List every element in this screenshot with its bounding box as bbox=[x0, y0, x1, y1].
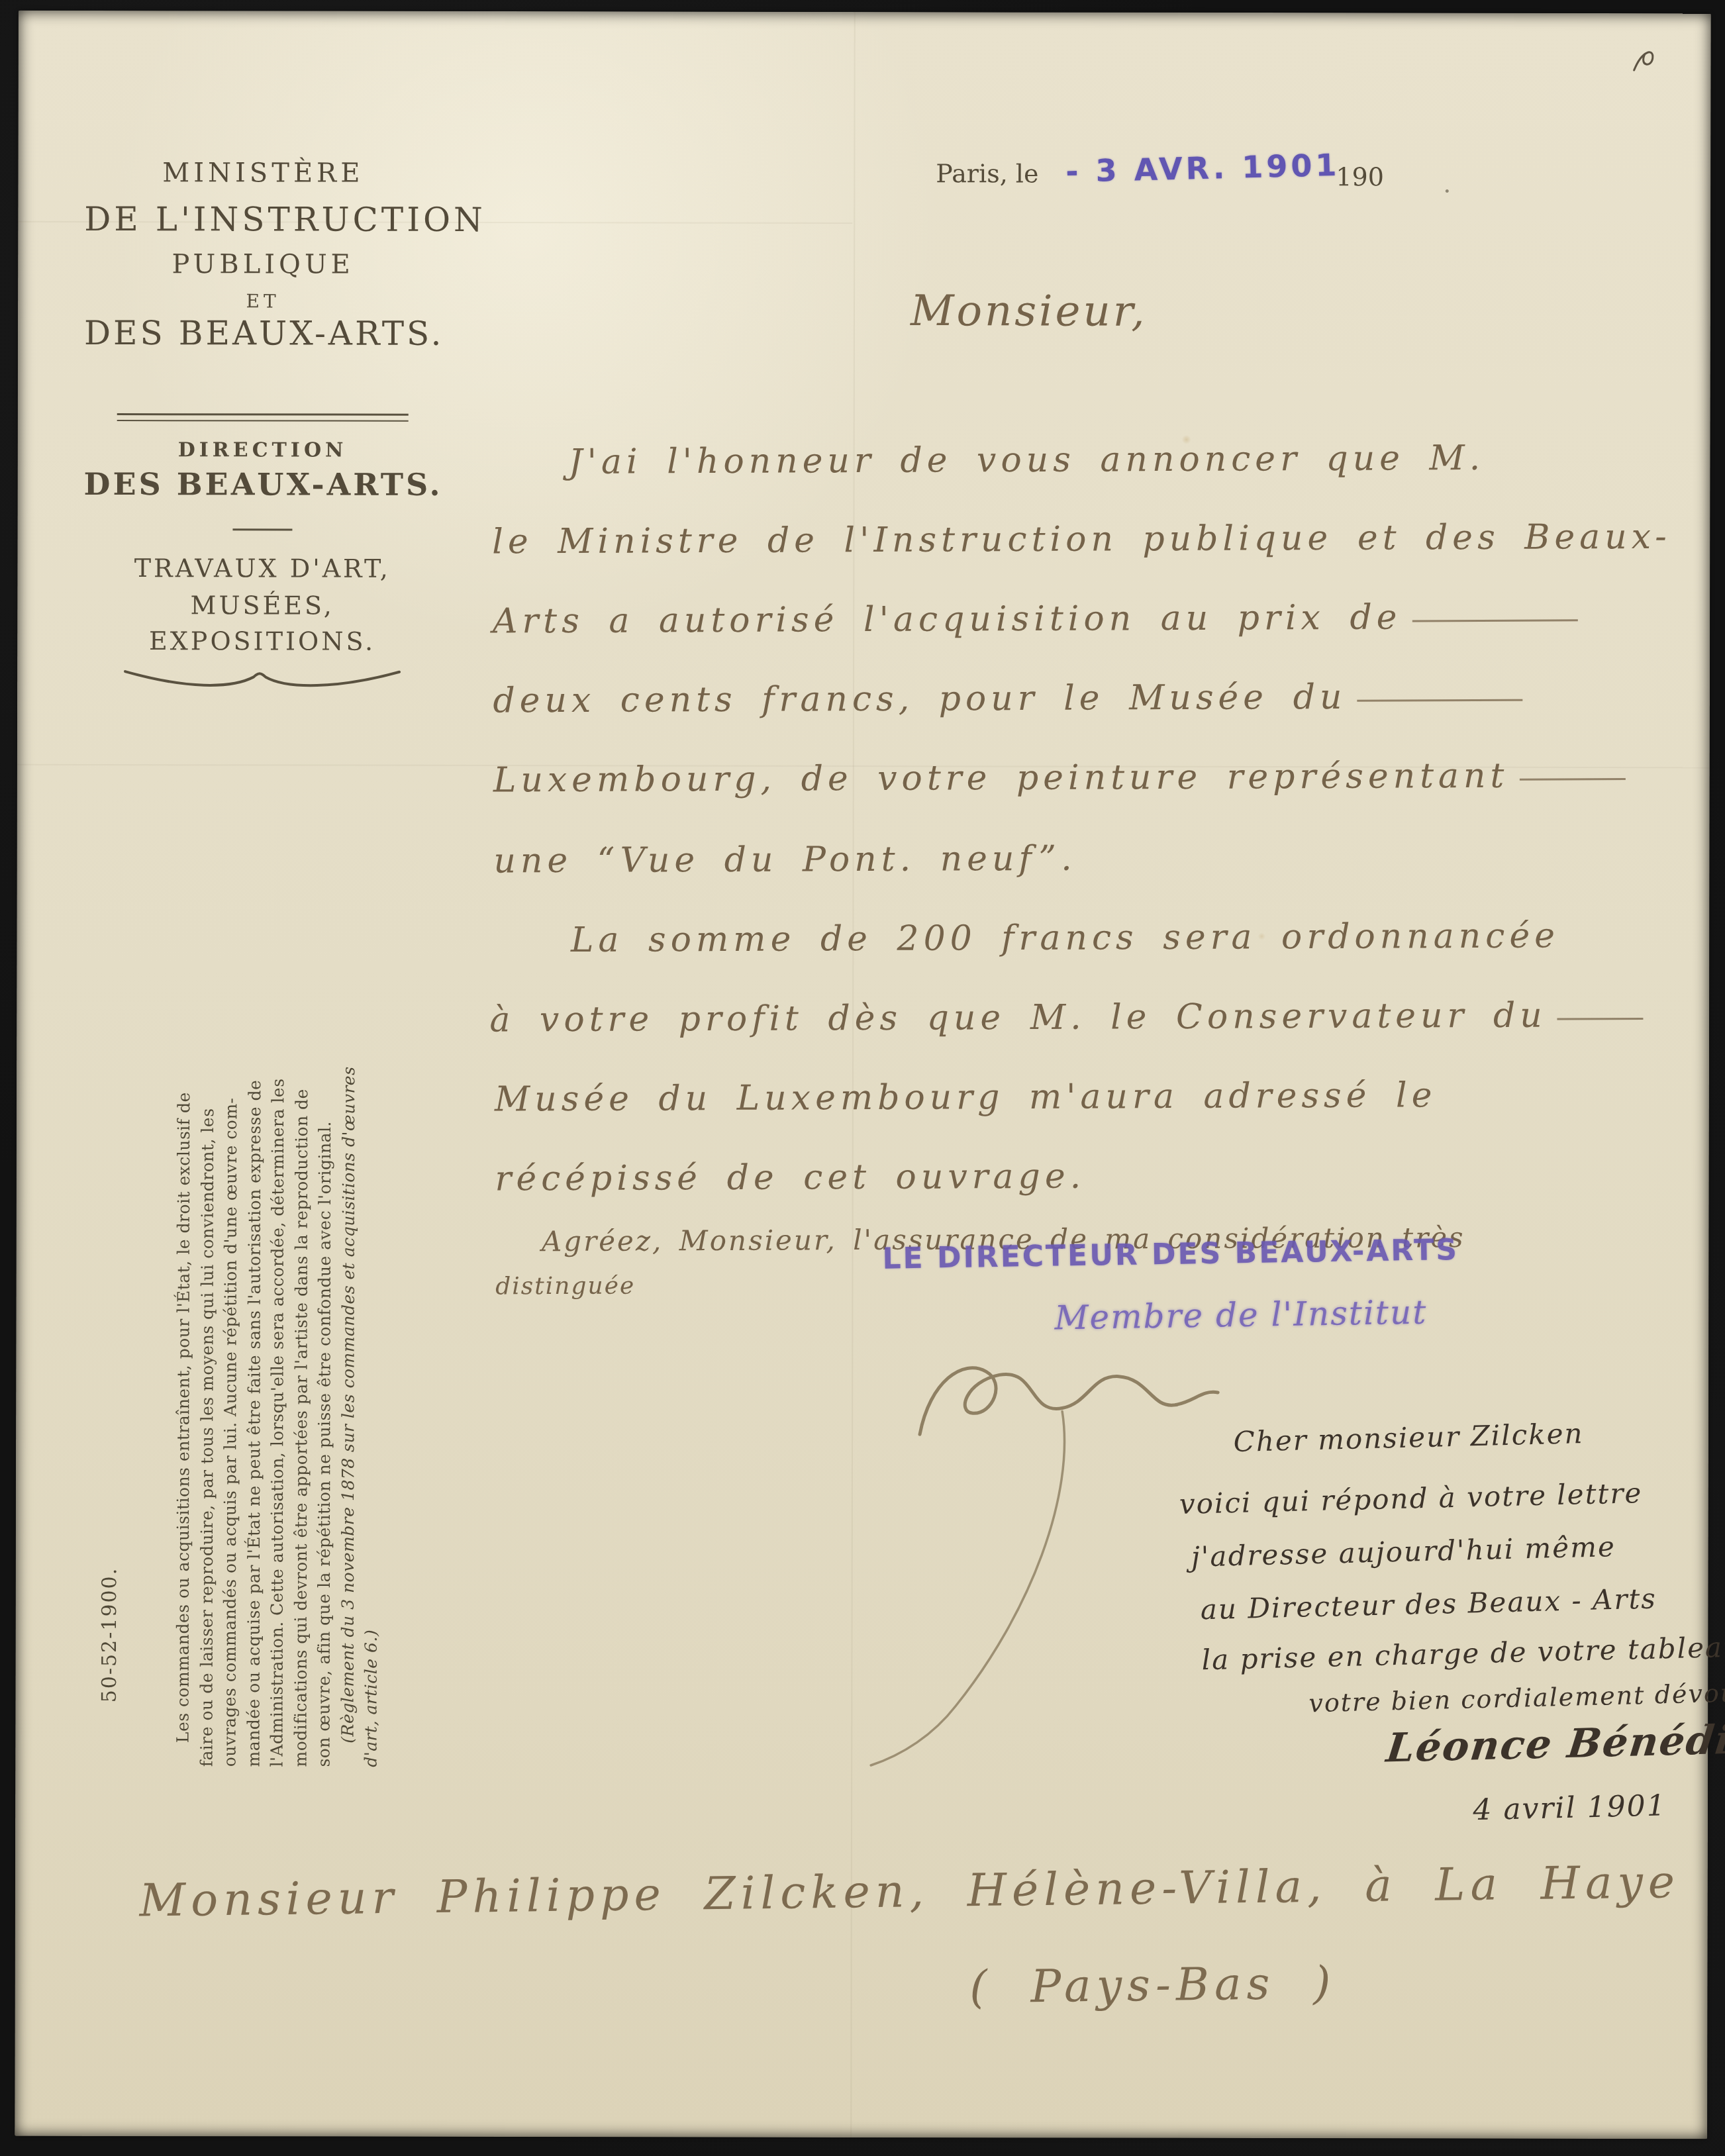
double-rule-divider bbox=[117, 413, 409, 422]
ministry-line-4: ET bbox=[84, 290, 442, 313]
short-dash-divider bbox=[232, 528, 292, 530]
printed-year-period: . bbox=[1443, 170, 1451, 199]
ink-mark bbox=[1628, 41, 1667, 81]
service-line-1: TRAVAUX D'ART, bbox=[83, 554, 441, 583]
closing-line: distinguée bbox=[495, 1273, 635, 1300]
body-line: Arts a autorisé l'acquisition au prix de bbox=[493, 597, 1578, 641]
benedite-signature: Léonce Bénédite bbox=[1384, 1716, 1725, 1772]
direction-label: DIRECTION bbox=[84, 438, 442, 462]
regulation-line: mandée ou acquise par l'État ne peut êtr… bbox=[242, 1012, 266, 1767]
body-line: deux cents francs, pour le Musée du bbox=[493, 677, 1522, 721]
ministry-line-5: DES BEAUX-ARTS. bbox=[84, 314, 442, 353]
pen-flourish bbox=[1557, 1018, 1644, 1020]
decorative-bracket bbox=[120, 666, 405, 691]
pen-flourish bbox=[1357, 699, 1522, 702]
regulation-line: d'art, article 6.) bbox=[359, 1012, 383, 1767]
regulation-line: faire ou de laisser reproduire, par tous… bbox=[195, 1012, 219, 1767]
regulation-line: Les commandes ou acquisitions entraînent… bbox=[171, 1012, 195, 1767]
pen-flourish bbox=[1412, 619, 1577, 622]
member-institut-stamp: Membre de l'Institut bbox=[1054, 1293, 1428, 1338]
ministry-line-3: PUBLIQUE bbox=[84, 249, 442, 280]
regulation-line: son œuvre, afin que la répétition ne pui… bbox=[312, 1012, 336, 1767]
note-date: 4 avril 1901 bbox=[1473, 1788, 1667, 1827]
ministry-line-1: MINISTÈRE bbox=[84, 158, 442, 189]
body-line: une “Vue du Pont. neuf”. bbox=[493, 839, 1076, 881]
date-stamp: - 3 AVR. 1901 bbox=[1065, 147, 1340, 189]
address-line-2: ( Pays-Bas ) bbox=[969, 1957, 1336, 2014]
regulation-line: l'Administration. Cette autorisation, lo… bbox=[265, 1012, 289, 1767]
letterhead: MINISTÈRE DE L'INSTRUCTION PUBLIQUE ET D… bbox=[84, 143, 442, 144]
regulation-line: ouvrages commandés ou acquis par lui. Au… bbox=[218, 1012, 242, 1767]
body-line: récépissé de cet ouvrage. bbox=[495, 1157, 1085, 1199]
note-line: j'adresse aujourd'hui même bbox=[1191, 1530, 1616, 1573]
form-number-sidenote: 50-52-1900. bbox=[89, 1553, 129, 1716]
regulation-line: modifications qui devront être apportées… bbox=[289, 1012, 313, 1767]
body-line: Musée du Luxembourg m'aura adressé le bbox=[495, 1075, 1437, 1119]
body-line: La somme de 200 francs sera ordonnancée bbox=[571, 916, 1559, 960]
forwarding-note: Cher monsieur Zilcken voici qui répond à… bbox=[19, 0, 1710, 32]
ministry-line-2: DE L'INSTRUCTION bbox=[84, 200, 442, 239]
note-line: au Directeur des Beaux - Arts bbox=[1200, 1583, 1657, 1626]
printed-year: 190 bbox=[1336, 162, 1384, 191]
dateline: Paris, le - 3 AVR. 1901 190 . bbox=[19, 11, 1711, 13]
body-line: Luxembourg, de votre peinture représenta… bbox=[493, 756, 1626, 800]
salutation: Monsieur, bbox=[911, 287, 1148, 336]
body-line: J'ai l'honneur de vous annoncer que M. bbox=[569, 438, 1485, 482]
place-label: Paris, le bbox=[936, 159, 1038, 188]
service-line-2: MUSÉES, bbox=[83, 591, 441, 620]
recipient-address: Monsieur Philippe Zilcken, Hélène-Villa,… bbox=[19, 1, 1711, 22]
body-line: à votre profit dès que M. le Conservateu… bbox=[489, 995, 1643, 1040]
vertical-fold-crease bbox=[850, 12, 856, 2137]
note-line: votre bien cordialement dévoué bbox=[1308, 1678, 1725, 1718]
letter-paper: MINISTÈRE DE L'INSTRUCTION PUBLIQUE ET D… bbox=[15, 11, 1711, 2139]
note-line: Cher monsieur Zilcken bbox=[1233, 1417, 1584, 1458]
pen-flourish bbox=[1519, 778, 1625, 781]
direction-beaux-arts: DES BEAUX-ARTS. bbox=[84, 466, 442, 503]
body-line: le Ministre de l'Instruction publique et… bbox=[492, 517, 1671, 562]
form-number: 50-52-1900. bbox=[98, 1567, 121, 1702]
address-line-1: Monsieur Philippe Zilcken, Hélène-Villa,… bbox=[139, 1856, 1680, 1927]
regulation-line: (Règlement du 3 novembre 1878 sur les co… bbox=[336, 1012, 360, 1767]
service-line-3: EXPOSITIONS. bbox=[83, 626, 441, 656]
note-line: la prise en charge de votre tableau bbox=[1201, 1630, 1725, 1676]
regulation-sidenote: Les commandes ou acquisitions entraînent… bbox=[170, 1012, 385, 1767]
letter-body: J'ai l'honneur de vous annoncer que M. l… bbox=[19, 8, 1711, 15]
